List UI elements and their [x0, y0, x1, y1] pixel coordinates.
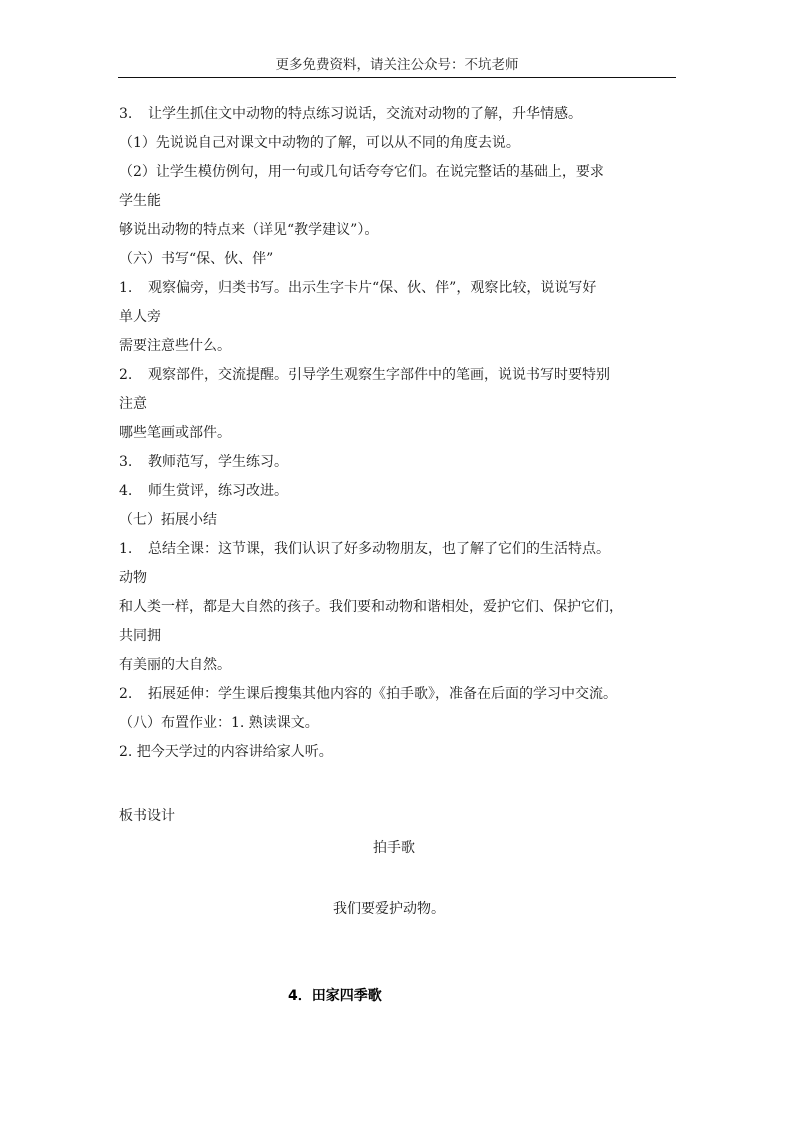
- paragraph-line: （1）先说说自己对课文中动物的了解，可以从不同的角度去说。: [119, 133, 520, 153]
- section-heading: （六）书写“保、伙、伴”: [119, 249, 273, 269]
- paragraph-line: （2）让学生模仿例句，用一句或几句话夸夸它们。在说完整话的基础上，要求: [119, 162, 604, 182]
- line-text: 总结全课：这节课，我们认识了好多动物朋友，也了解了它们的生活特点。: [148, 541, 610, 557]
- page-header: 更多免费资料，请关注公众号：不坑老师: [118, 56, 676, 74]
- section-heading: （七）拓展小结: [119, 510, 217, 530]
- paragraph-line: 3.教师范写，学生练习。: [119, 452, 288, 472]
- paragraph-line: 3.让学生抓住文中动物的特点练习说话，交流对动物的了解，升华情感。: [119, 104, 582, 124]
- paragraph-line: 2.观察部件，交流提醒。引导学生观察生字部件中的笔画，说说书写时要特别: [119, 365, 610, 385]
- paragraph-line: 2. 把今天学过的内容讲给家人听。: [119, 742, 333, 762]
- paragraph-line: 和人类一样，都是大自然的孩子。我们要和动物和谐相处，爱护它们、保护它们，: [119, 597, 623, 617]
- line-text: 观察部件，交流提醒。引导学生观察生字部件中的笔画，说说书写时要特别: [148, 367, 610, 383]
- header-divider: [118, 77, 676, 78]
- board-design-label: 板书设计: [119, 806, 175, 826]
- board-design-heading: 拍手歌: [373, 838, 415, 858]
- line-text: 观察偏旁，归类书写。出示生字卡片“保、伙、伴”，观察比较，说说写好: [148, 280, 596, 296]
- list-number: 4.: [119, 481, 148, 501]
- paragraph-line: 1.总结全课：这节课，我们认识了好多动物朋友，也了解了它们的生活特点。: [119, 539, 610, 559]
- paragraph-line: 有美丽的大自然。: [119, 655, 231, 675]
- board-design-content: 我们要爱护动物。: [333, 899, 445, 919]
- list-number: 2.: [119, 684, 148, 704]
- list-number: 1.: [119, 539, 148, 559]
- list-number: 3.: [119, 104, 148, 124]
- paragraph-line: 注意: [119, 394, 147, 414]
- line-text: 让学生抓住文中动物的特点练习说话，交流对动物的了解，升华情感。: [148, 106, 582, 122]
- paragraph-line: 共同拥: [119, 626, 161, 646]
- list-number: 2.: [119, 365, 148, 385]
- paragraph-line: 1.观察偏旁，归类书写。出示生字卡片“保、伙、伴”，观察比较，说说写好: [119, 278, 596, 298]
- line-text: 师生赏评，练习改进。: [148, 483, 288, 499]
- paragraph-line: 4.师生赏评，练习改进。: [119, 481, 288, 501]
- paragraph-line: 动物: [119, 568, 147, 588]
- next-lesson-title: 4．田家四季歌: [288, 986, 382, 1006]
- paragraph-line: 哪些笔画或部件。: [119, 423, 231, 443]
- paragraph-line: 2.拓展延伸：学生课后搜集其他内容的《拍手歌》，准备在后面的学习中交流。: [119, 684, 617, 704]
- list-number: 1.: [119, 278, 148, 298]
- paragraph-line: 够说出动物的特点来（详见“教学建议”）。: [119, 220, 378, 240]
- line-text: 拓展延伸：学生课后搜集其他内容的《拍手歌》，准备在后面的学习中交流。: [148, 686, 617, 702]
- paragraph-line: 需要注意些什么。: [119, 336, 231, 356]
- paragraph-line: 学生能: [119, 191, 161, 211]
- section-heading: （八）布置作业：1. 熟读课文。: [119, 713, 319, 733]
- line-text: 教师范写，学生练习。: [148, 454, 288, 470]
- paragraph-line: 单人旁: [119, 307, 161, 327]
- list-number: 3.: [119, 452, 148, 472]
